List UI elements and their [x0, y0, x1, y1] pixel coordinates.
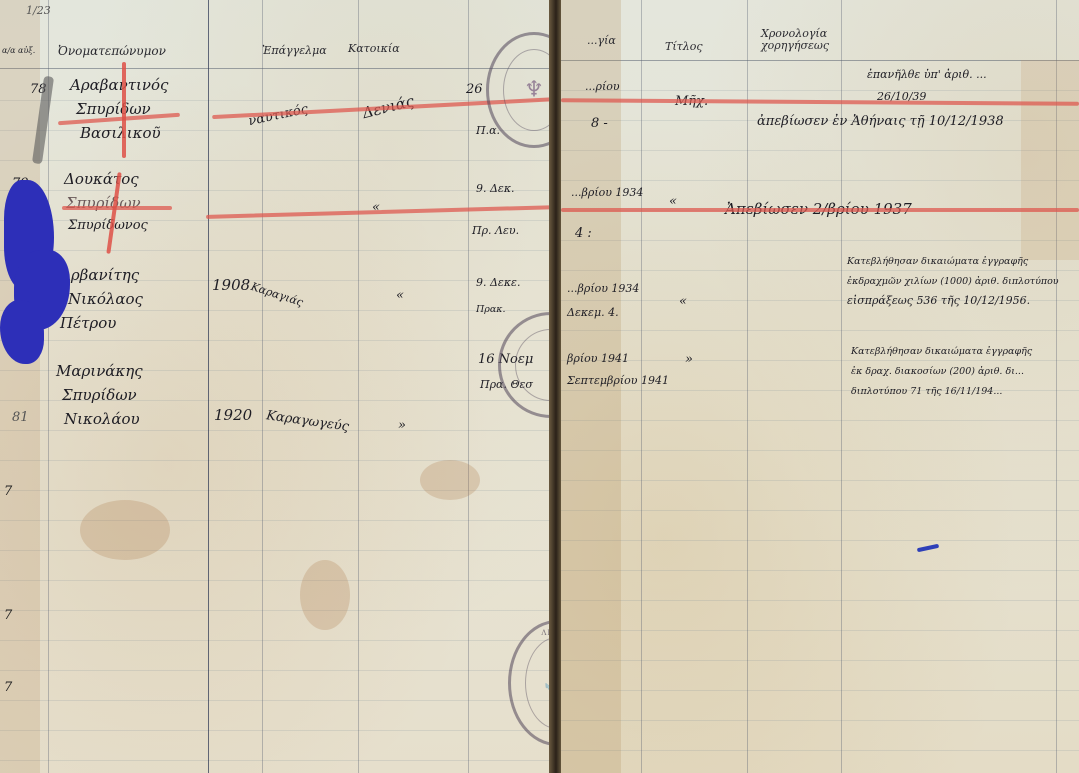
- ruling: [561, 480, 1079, 481]
- entry-date: ...ρίου: [585, 80, 620, 93]
- margin-mark: 7: [4, 484, 12, 499]
- entry-residence: »: [398, 418, 406, 433]
- ruling: [561, 690, 1079, 691]
- entry-date-partial: Πρακ.: [476, 304, 506, 315]
- ruling: [561, 660, 1079, 661]
- stamp-label: ΛΙΜΕΝ: [511, 629, 553, 637]
- header-chronology: Χρονολογία χορηγήσεως: [761, 28, 851, 52]
- ruling: [0, 310, 553, 311]
- margin-mark: 7: [4, 680, 12, 695]
- ruling: [561, 450, 1079, 451]
- entry-date-partial: Πρ. Λευ.: [472, 224, 519, 237]
- stain: [300, 560, 350, 630]
- entry-rank: «: [679, 294, 687, 309]
- ruling: [0, 550, 553, 551]
- entry-date-partial: 9. Δεκ.: [476, 182, 515, 195]
- entry-date: ...βρίου 1934: [571, 186, 643, 199]
- entry-name-line: Νικολάου: [64, 410, 140, 428]
- entry-remarks-line: διπλοτύπου 71 τῆς 16/11/194...: [851, 386, 1002, 397]
- ruling: [0, 700, 553, 701]
- entry-name-line: Πέτρου: [60, 314, 116, 332]
- ruling: [0, 730, 553, 731]
- column-rule-name: [208, 0, 209, 773]
- entry-residence: «: [396, 288, 404, 303]
- ruling: [0, 640, 553, 641]
- ruling: [561, 630, 1079, 631]
- ruling: [0, 190, 553, 191]
- column-rule-occupation: [358, 0, 359, 773]
- entry-date-partial: 26: [466, 82, 483, 97]
- ruling: [0, 460, 553, 461]
- ruling: [561, 270, 1079, 271]
- entry-date: 4 :: [575, 226, 592, 241]
- entry-remarks-line: Κατεβλήθησαν δικαιώματα ἐγγραφῆς: [851, 346, 1032, 357]
- entry-remarks-line: Κατεβλήθησαν δικαιώματα ἐγγραφῆς: [847, 256, 1028, 267]
- column-rule-rank: [747, 0, 748, 773]
- entry-date: Δεκεμ. 4.: [567, 306, 619, 319]
- entry-occupation-year: 1920: [214, 406, 252, 424]
- official-stamp: [498, 312, 553, 418]
- entry-date: Σεπτεμβρίου 1941: [567, 374, 669, 387]
- header-date: ...γία: [587, 34, 616, 47]
- stain: [420, 460, 480, 500]
- entry-date: 8 -: [591, 116, 608, 131]
- ruling: [561, 330, 1079, 331]
- red-strike-line: [561, 208, 1079, 212]
- ruling: [0, 430, 553, 431]
- entry-remarks-line: ἐκδραχμῶν χιλίων (1000) ἀριθ. διπλοτύπου: [847, 276, 1059, 287]
- ruling: [0, 340, 553, 341]
- header-rank: Τίτλος: [665, 40, 703, 53]
- official-stamp: ΛΙΜΕΝ ⚓: [508, 620, 553, 746]
- entry-chronology-note: ἀπεβίωσεν ἐν Ἀθήναις τῇ 10/12/1938: [757, 114, 1004, 129]
- header-name: Ὀνοματεπώνυμον: [58, 44, 166, 58]
- ruling: [561, 540, 1079, 541]
- entry-name-line: Δουκάτος: [64, 170, 139, 188]
- entry-occupation-year: 1908: [212, 276, 250, 294]
- entry-rank: »: [685, 352, 693, 367]
- ruling: [0, 160, 553, 161]
- ruling: [561, 720, 1079, 721]
- ruling: [561, 570, 1079, 571]
- entry-remarks-line: ἐκ δραχ. διακοσίων (200) ἀριθ. δι...: [851, 366, 1024, 377]
- ruling: [561, 600, 1079, 601]
- header-occupation: Ἐπάγγελμα: [262, 44, 327, 57]
- column-rule-residence: [468, 0, 469, 773]
- corner-note: 1/23: [26, 4, 51, 17]
- entry-name-line: Σπυρίδων: [62, 386, 137, 404]
- entry-name-line: Αρβανίτης: [60, 266, 139, 284]
- ruling: [561, 240, 1079, 241]
- entry-date: ...βρίου 1934: [567, 282, 639, 295]
- entry-name-line: Αραβαντινός: [70, 76, 168, 94]
- entry-name-line: Βασιλικοῦ: [80, 124, 161, 142]
- edge-stain: [0, 0, 40, 773]
- ruling: [561, 360, 1079, 361]
- entry-name-line: Σπυρίδωνος: [68, 218, 148, 233]
- entry-date: βρίου 1941: [567, 352, 629, 365]
- header-rule: [0, 68, 553, 69]
- ruling: [561, 150, 1079, 151]
- ruling: [561, 750, 1079, 751]
- entry-name-line: Μαρινάκης: [56, 362, 143, 380]
- ruling: [0, 580, 553, 581]
- entry-number: 81: [12, 410, 29, 425]
- left-page: 1/23 α/α αὐξ. Ὀνοματεπώνυμον Ἐπάγγελμα Κ…: [0, 0, 553, 773]
- ruling: [0, 610, 553, 611]
- ruling: [0, 670, 553, 671]
- stain: [80, 500, 170, 560]
- header-residence: Κατοικία: [348, 42, 400, 55]
- entry-date-partial: 9. Δεκε.: [476, 276, 520, 289]
- entry-remarks-line: εἰσπράξεως 536 τῆς 10/12/1956.: [847, 294, 1030, 307]
- entry-remarks-top: ἐπανῆλθε ὑπ' ἀριθ. ...: [867, 68, 987, 81]
- right-page: ...γία Τίτλος Χρονολογία χορηγήσεως ...ρ…: [561, 0, 1079, 773]
- edge-stain: [1021, 60, 1079, 260]
- red-strike-line: [561, 98, 1079, 106]
- ruling: [561, 90, 1079, 91]
- red-cross-line: [122, 62, 126, 158]
- entry-rank: «: [669, 194, 677, 209]
- entry-occupation: Καραγιάς: [249, 280, 304, 309]
- ruling: [561, 180, 1079, 181]
- register-spread: 1/23 α/α αὐξ. Ὀνοματεπώνυμον Ἐπάγγελμα Κ…: [0, 0, 1079, 773]
- ruling: [561, 510, 1079, 511]
- blue-ink-mark: [917, 544, 939, 552]
- ruling: [561, 420, 1079, 421]
- header-row-prefix: α/α αὐξ.: [2, 46, 35, 55]
- red-strike-line: [62, 206, 172, 210]
- ruling: [0, 250, 553, 251]
- entry-name-line: Νικόλαος: [68, 290, 143, 308]
- margin-mark: 7: [4, 608, 12, 623]
- emblem-icon: ♆: [524, 78, 544, 103]
- ruling: [0, 760, 553, 761]
- header-rule: [561, 60, 1079, 61]
